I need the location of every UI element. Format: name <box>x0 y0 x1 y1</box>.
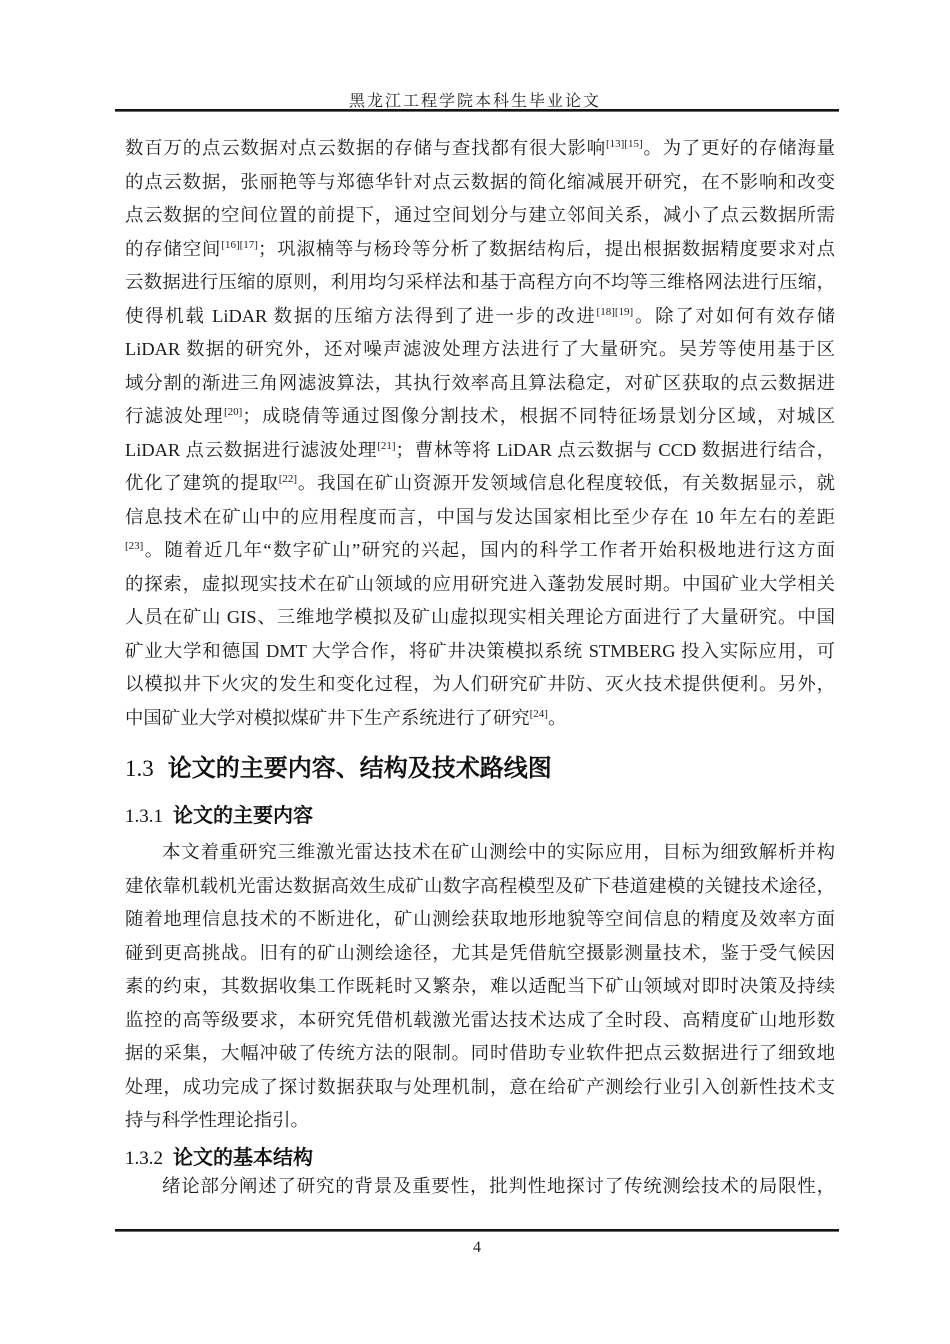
text-line: 持与科学性理论指引。 <box>125 1104 835 1138</box>
text-line: 处理，成功完成了探讨数据获取与处理机制，意在给矿产测绘行业引入创新性技术支 <box>125 1071 835 1105</box>
text-line: 的存储空间[16][17]；巩淑楠等与杨玲等分析了数据结构后，提出根据数据精度要… <box>125 233 835 267</box>
text-line: 信息技术在矿山中的应用程度而言，中国与发达国家相比至少存在 10 年左右的差距 <box>125 501 835 535</box>
document-page: 黑龙江工程学院本科生毕业论文 数百万的点云数据对点云数据的存储与查找都有很大影响… <box>0 0 950 1344</box>
text-line: 点云数据的空间位置的前提下，通过空间划分与建立邻间关系，减小了点云数据所需 <box>125 199 835 233</box>
paragraph-literature-review: 数百万的点云数据对点云数据的存储与查找都有很大影响[13][15]。为了更好的存… <box>125 132 835 735</box>
subsection-number: 1.3.2 <box>125 1148 163 1169</box>
text-line: 的探索，虚拟现实技术在矿山领域的应用研究进入蓬勃发展时期。中国矿业大学相关 <box>125 568 835 602</box>
text-line: 碰到更高挑战。旧有的矿山测绘途径，尤其是凭借航空摄影测量技术，鉴于受气候因 <box>125 937 835 971</box>
paragraph-basic-structure: 绪论部分阐述了研究的背景及重要性，批判性地探讨了传统测绘技术的局限性， <box>125 1170 835 1204</box>
section-title: 论文的主要内容、结构及技术路线图 <box>168 755 552 782</box>
text-line: 域分割的渐进三角网滤波算法，其执行效率高且算法稳定，对矿区获取的点云数据进 <box>125 367 835 401</box>
header-rule <box>115 109 839 112</box>
text-line: 本文着重研究三维激光雷达技术在矿山测绘中的实际应用，目标为细致解析并构 <box>125 836 835 870</box>
text-line: 的点云数据，张丽艳等与郑德华针对点云数据的简化缩减展开研究，在不影响和改变 <box>125 166 835 200</box>
section-number: 1.3 <box>125 756 154 781</box>
text-line: LiDAR 数据的研究外，还对噪声滤波处理方法进行了大量研究。吴芳等使用基于区 <box>125 333 835 367</box>
text-line: 以模拟井下火灾的发生和变化过程，为人们研究矿井防、灭火技术提供便利。另外， <box>125 668 835 702</box>
subsection-title: 论文的主要内容 <box>173 805 313 827</box>
text-line: 建依靠机载机光雷达数据高效生成矿山数字高程模型及矿下巷道建模的关键技术途径， <box>125 870 835 904</box>
footer-rule <box>115 1229 839 1232</box>
subsection-heading-1-3-1: 1.3.1论文的主要内容 <box>125 799 835 828</box>
text-line: 人员在矿山 GIS、三维地学模拟及矿山虚拟现实相关理论方面进行了大量研究。中国 <box>125 601 835 635</box>
text-line: 素的约束，其数据收集工作既耗时又繁杂，难以适配当下矿山领域对即时决策及持续 <box>125 970 835 1004</box>
text-line: 云数据进行压缩的原则，利用均匀采样法和基于高程方向不均等三维格网法进行压缩， <box>125 266 835 300</box>
subsection-number: 1.3.1 <box>125 806 163 827</box>
text-line: 矿业大学和德国 DMT 大学合作，将矿井决策模拟系统 STMBERG 投入实际应… <box>125 635 835 669</box>
text-line: 行滤波处理[20]；成晓倩等通过图像分割技术，根据不同特征场景划分区域，对城区 <box>125 400 835 434</box>
text-line: 数百万的点云数据对点云数据的存储与查找都有很大影响[13][15]。为了更好的存… <box>125 132 835 166</box>
text-line: [23]。随着近几年“数字矿山”研究的兴起，国内的科学工作者开始积极地进行这方面 <box>125 534 835 568</box>
text-line: 据的采集，大幅冲破了传统方法的限制。同时借助专业软件把点云数据进行了细致地 <box>125 1037 835 1071</box>
subsection-heading-1-3-2: 1.3.2论文的基本结构 <box>125 1141 835 1170</box>
text-line: 随着地理信息技术的不断进化，矿山测绘获取地形地貌等空间信息的精度及效率方面 <box>125 903 835 937</box>
subsection-title: 论文的基本结构 <box>173 1147 313 1169</box>
section-heading-1-3: 1.3论文的主要内容、结构及技术路线图 <box>125 748 835 783</box>
page-number: 4 <box>115 1239 839 1257</box>
text-line: 优化了建筑的提取[22]。我国在矿山资源开发领域信息化程度较低，有关数据显示，就 <box>125 467 835 501</box>
paragraph-main-content: 本文着重研究三维激光雷达技术在矿山测绘中的实际应用，目标为细致解析并构建依靠机载… <box>125 836 835 1138</box>
text-line: LiDAR 点云数据进行滤波处理[21]；曹林等将 LiDAR 点云数据与 CC… <box>125 434 835 468</box>
text-line: 监控的高等级要求，本研究凭借机载激光雷达技术达成了全时段、高精度矿山地形数 <box>125 1004 835 1038</box>
text-line: 使得机载 LiDAR 数据的压缩方法得到了进一步的改进[18][19]。除了对如… <box>125 300 835 334</box>
text-line: 绪论部分阐述了研究的背景及重要性，批判性地探讨了传统测绘技术的局限性， <box>125 1170 835 1204</box>
page-header-title: 黑龙江工程学院本科生毕业论文 <box>0 88 950 111</box>
text-line: 中国矿业大学对模拟煤矿井下生产系统进行了研究[24]。 <box>125 702 835 736</box>
